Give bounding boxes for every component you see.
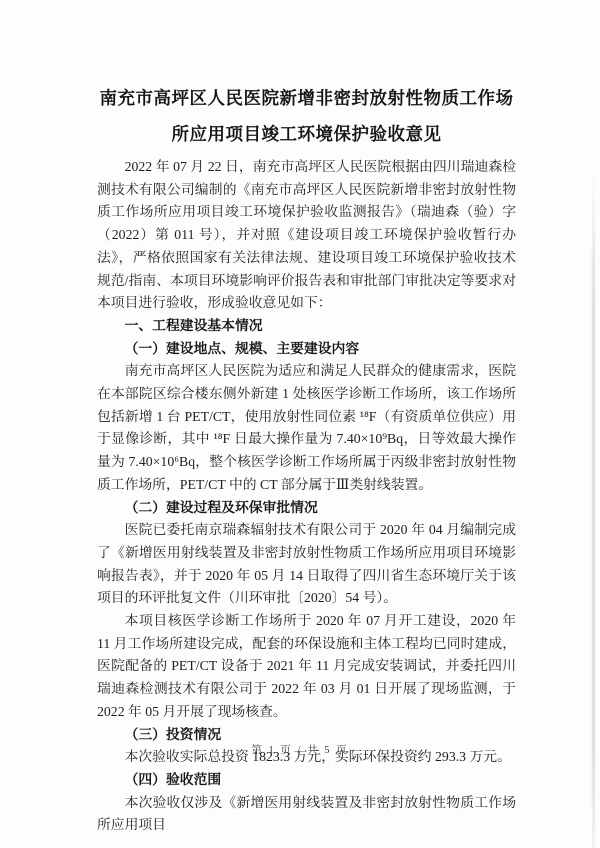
paragraph: 本次验收仅涉及《新增医用射线装置及非密封放射性物质工作场所应用项目 [97,792,516,837]
document-content: 南充市高坪区人民医院新增非密封放射性物质工作场所应用项目竣工环境保护验收意见 2… [97,80,516,837]
scan-edge-artifact [592,170,595,848]
paragraph: 医院已委托南京瑞森辐射技术有限公司于 2020 年 04 月编制完成了《新增医用… [97,519,516,610]
section-heading: （四）验收范围 [97,769,516,792]
paragraph: 2022 年 07 月 22 日，南充市高坪区人民医院根据由四川瑞迪森检测技术有… [97,156,516,315]
paragraph: 本项目核医学诊断工作场所于 2020 年 07 月开工建设，2020 年 11 … [97,610,516,724]
page-number: 第 1 页 / 共 5 页 [0,742,600,757]
section-heading: （一）建设地点、规模、主要建设内容 [97,338,516,361]
document-title: 南充市高坪区人民医院新增非密封放射性物质工作场所应用项目竣工环境保护验收意见 [97,80,516,152]
paragraph: 南充市高坪区人民医院为适应和满足人民群众的健康需求，医院在本部院区综合楼东侧外新… [97,360,516,496]
document-page: 南充市高坪区人民医院新增非密封放射性物质工作场所应用项目竣工环境保护验收意见 2… [0,0,600,848]
section-heading: 一、工程建设基本情况 [97,315,516,338]
document-blocks: 2022 年 07 月 22 日，南充市高坪区人民医院根据由四川瑞迪森检测技术有… [97,156,516,837]
section-heading: （二）建设过程及环保审批情况 [97,497,516,520]
